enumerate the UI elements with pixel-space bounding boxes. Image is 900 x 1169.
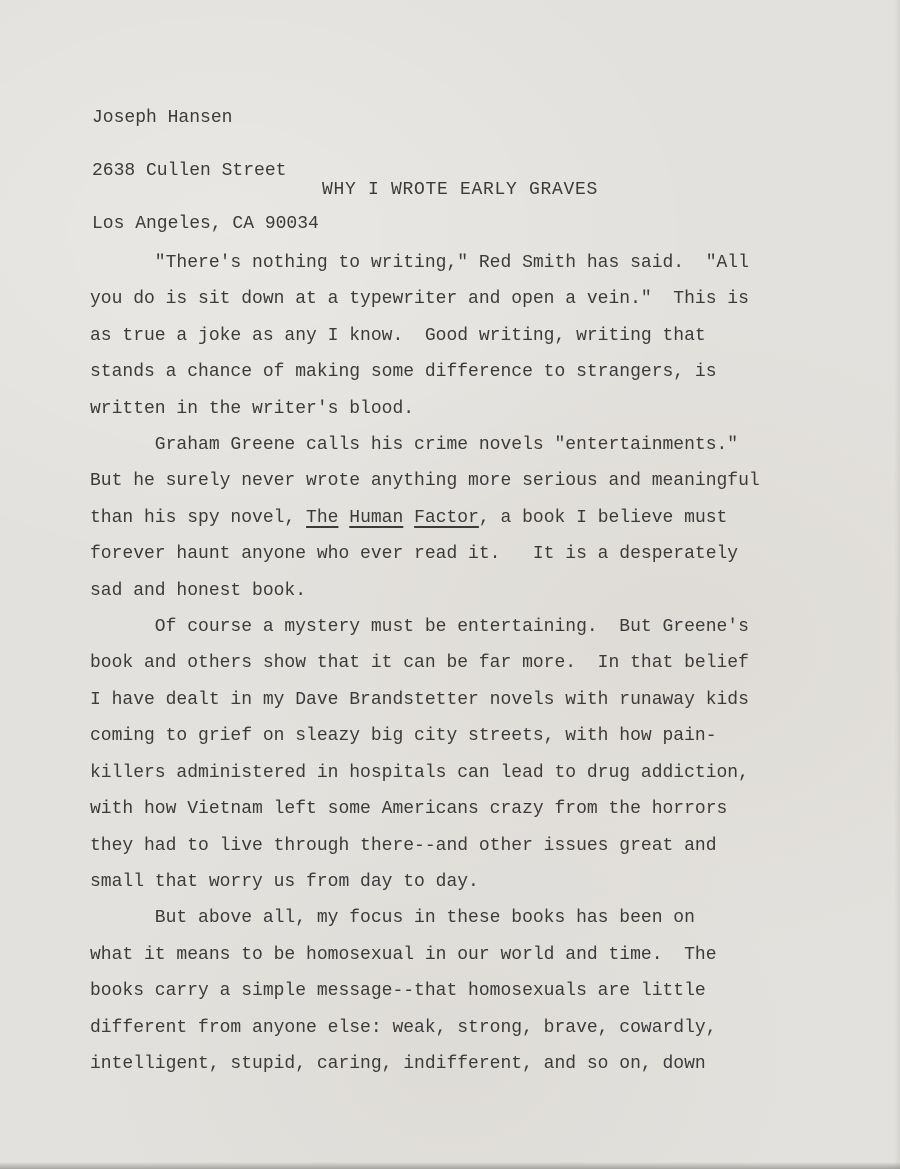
- text-line: Of course a mystery must be entertaining…: [90, 609, 760, 645]
- text-line: Graham Greene calls his crime novels "en…: [90, 427, 760, 463]
- text-line: different from anyone else: weak, strong…: [90, 1010, 760, 1046]
- text-line: killers administered in hospitals can le…: [90, 755, 760, 791]
- text-line: they had to live through there--and othe…: [90, 828, 760, 864]
- text-line: written in the writer's blood.: [90, 391, 760, 427]
- underlined-book-title: Human: [349, 508, 403, 528]
- text-line: with how Vietnam left some Americans cra…: [90, 791, 760, 827]
- text-line: "There's nothing to writing," Red Smith …: [90, 245, 760, 281]
- text-line: coming to grief on sleazy big city stree…: [90, 718, 760, 754]
- text-line: you do is sit down at a typewriter and o…: [90, 281, 760, 317]
- document-title: WHY I WROTE EARLY GRAVES: [90, 178, 830, 202]
- document-page: Joseph Hansen 2638 Cullen Street Los Ang…: [0, 0, 900, 1169]
- sender-address-block: Joseph Hansen 2638 Cullen Street Los Ang…: [92, 75, 319, 269]
- text-line: books carry a simple message--that homos…: [90, 973, 760, 1009]
- text-line: intelligent, stupid, caring, indifferent…: [90, 1046, 760, 1082]
- text-line: But above all, my focus in these books h…: [90, 900, 760, 936]
- text-line: what it means to be homosexual in our wo…: [90, 937, 760, 973]
- text-line: forever haunt anyone who ever read it. I…: [90, 536, 760, 572]
- text-line: than his spy novel, The Human Factor, a …: [90, 500, 760, 536]
- text-line: I have dealt in my Dave Brandstetter nov…: [90, 682, 760, 718]
- underlined-book-title: The: [306, 508, 338, 528]
- author-city: Los Angeles, CA 90034: [92, 216, 319, 234]
- author-name: Joseph Hansen: [92, 110, 319, 128]
- text-line: stands a chance of making some differenc…: [90, 354, 760, 390]
- text-line: sad and honest book.: [90, 573, 760, 609]
- underlined-book-title: Factor: [414, 508, 479, 528]
- text-line: small that worry us from day to day.: [90, 864, 760, 900]
- text-line: as true a joke as any I know. Good writi…: [90, 318, 760, 354]
- text-line: book and others show that it can be far …: [90, 645, 760, 681]
- document-body: "There's nothing to writing," Red Smith …: [90, 245, 760, 1082]
- text-line: But he surely never wrote anything more …: [90, 463, 760, 499]
